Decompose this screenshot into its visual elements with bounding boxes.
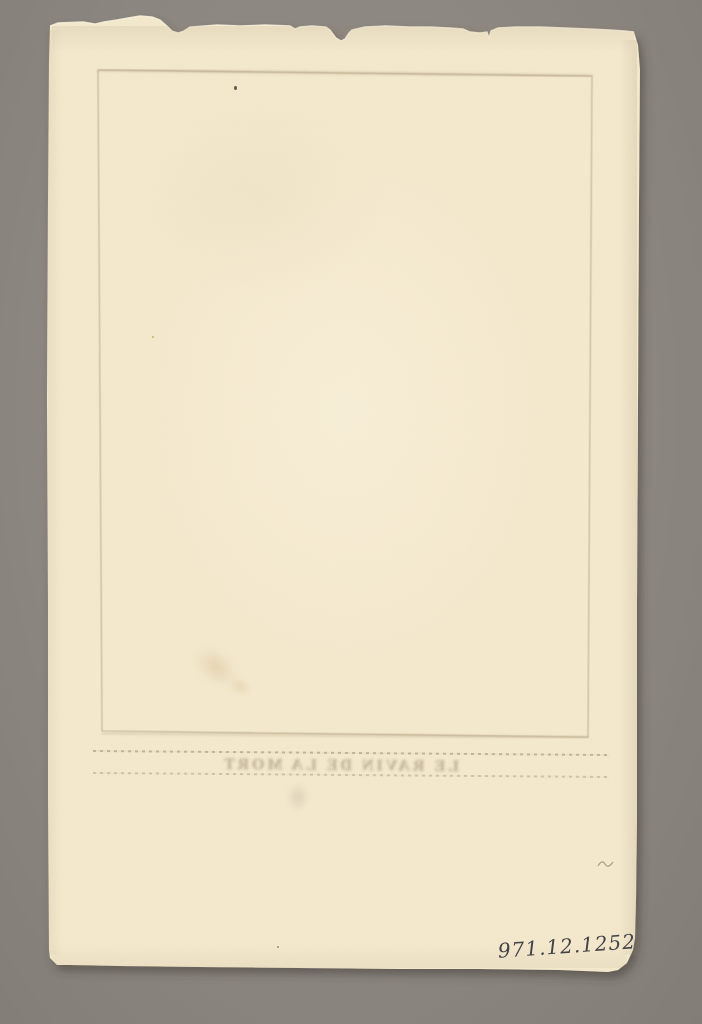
paper-sheet	[0, 0, 702, 1024]
photograph-of-print-verso: LE RAVIN DE LA MORT 971.12.1252	[0, 0, 702, 1024]
paper-grain	[40, 10, 650, 985]
